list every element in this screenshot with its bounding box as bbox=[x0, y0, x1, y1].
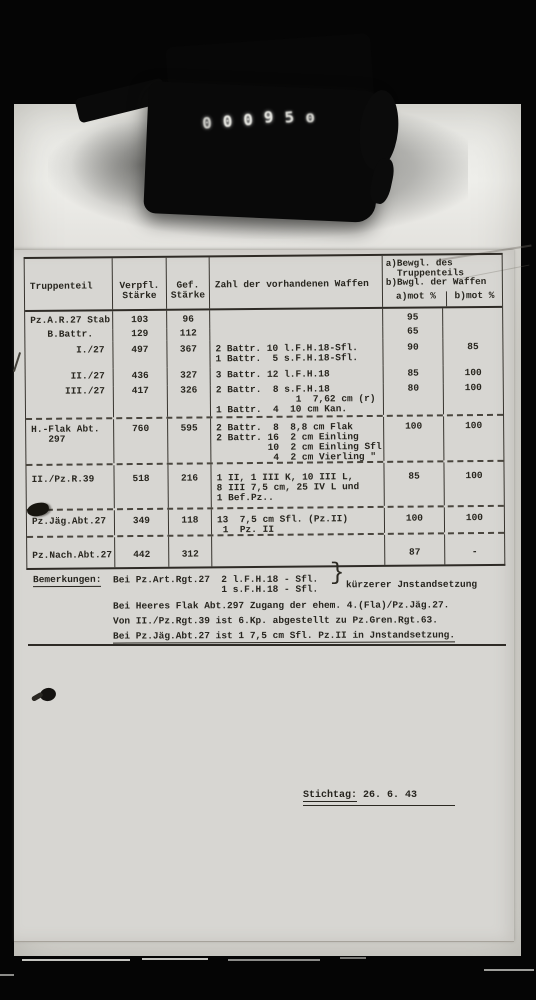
row-verpfl: 442 bbox=[115, 537, 169, 567]
row-unit: Pz.Nach.Abt.27 bbox=[27, 537, 115, 568]
row-bmot: 100 bbox=[444, 416, 503, 461]
remarks-label: Bemerkungen: bbox=[33, 575, 101, 587]
row-waffen: 2 Battr. 8 8,8 cm Flak 2 Battr. 16 2 cm … bbox=[211, 417, 384, 463]
row-waffen: 13 7,5 cm Sfl. (Pz.II) 1 Pz. II bbox=[212, 508, 385, 535]
row-unit: III./27 bbox=[26, 386, 114, 418]
remark-line: Bei Heeres Flak Abt.297 Zugang der ehem.… bbox=[113, 600, 449, 611]
film-speckle bbox=[22, 959, 130, 961]
row-gef: 216 bbox=[168, 464, 211, 507]
col-header-a-mot: a)mot % bbox=[386, 291, 447, 307]
row-gef: 327 bbox=[168, 367, 211, 385]
film-speckle bbox=[228, 959, 320, 961]
row-bmot: 100 bbox=[445, 507, 504, 533]
film-speckle bbox=[484, 969, 534, 971]
col-header-waffen: Zahl der vorhandenen Waffen bbox=[210, 256, 383, 309]
row-bmot: 85 bbox=[443, 338, 502, 366]
counter-digit: 5 bbox=[284, 107, 306, 127]
col-header-mot-row: a)mot % b)mot % bbox=[386, 291, 502, 307]
horizontal-rule bbox=[28, 644, 506, 646]
counter-digit: 0 bbox=[305, 109, 327, 125]
row-unit: H.-Flak Abt. 297 bbox=[26, 419, 114, 464]
remark-brace-note: kürzerer Jnstandsetzung bbox=[346, 580, 477, 590]
row-amot: 95 bbox=[383, 308, 443, 327]
remark-line: Von II./Pz.Rgt.39 ist 6.Kp. abgestellt z… bbox=[113, 615, 438, 626]
row-verpfl: 518 bbox=[114, 465, 168, 508]
table-header-row: Truppenteil Verpfl. Stärke Gef. Stärke Z… bbox=[25, 255, 502, 312]
row-waffen: 2 Battr. 8 s.F.H.18 1 7,62 cm (r) 1 Batt… bbox=[211, 384, 384, 417]
row-amot: 65 bbox=[383, 326, 443, 339]
film-speckle bbox=[142, 958, 208, 960]
row-amot: 100 bbox=[385, 507, 445, 533]
row-amot: 85 bbox=[384, 365, 444, 384]
col-header-b-mot: b)mot % bbox=[447, 291, 502, 306]
row-amot: 100 bbox=[384, 416, 444, 461]
row-amot: 85 bbox=[384, 462, 444, 506]
film-counter-device bbox=[143, 81, 381, 223]
row-gef: 326 bbox=[168, 385, 211, 416]
row-gef: 112 bbox=[167, 328, 210, 340]
table-row: III./27 417 326 2 Battr. 8 s.F.H.18 1 7,… bbox=[26, 383, 503, 418]
row-bmot: 100 bbox=[444, 365, 503, 384]
strength-table: Truppenteil Verpfl. Stärke Gef. Stärke Z… bbox=[24, 253, 506, 570]
table-row: Pz.Nach.Abt.27 442 312 87 - bbox=[27, 534, 504, 568]
stichtag-line: Stichtag: 26. 6. 43 bbox=[303, 790, 455, 806]
table-row: Pz.Jäg.Abt.27 349 118 13 7,5 cm Sfl. (Pz… bbox=[27, 507, 504, 538]
row-verpfl: 129 bbox=[113, 329, 167, 341]
row-gef: 96 bbox=[167, 310, 210, 328]
table-row: H.-Flak Abt. 297 760 595 2 Battr. 8 8,8 … bbox=[26, 416, 503, 466]
col-header-truppenteil: Truppenteil bbox=[25, 258, 113, 310]
row-waffen: 2 Battr. 10 l.F.H.18-Sfl. 1 Battr. 5 s.F… bbox=[210, 339, 383, 368]
col-header-beweglichkeit: a)Bewgl. des Truppenteils b)Bwgl. der Wa… bbox=[383, 255, 502, 307]
row-waffen bbox=[210, 309, 383, 329]
counter-digit: 9 bbox=[263, 106, 285, 127]
col-header-gef-staerke: Gef. Stärke bbox=[167, 257, 210, 308]
row-gef: 118 bbox=[169, 509, 212, 534]
stichtag-value: 26. 6. 43 bbox=[357, 790, 417, 801]
row-amot: 90 bbox=[383, 338, 443, 366]
row-amot: 80 bbox=[384, 383, 444, 415]
row-waffen: 3 Battr. 12 l.F.H.18 bbox=[211, 366, 384, 386]
row-unit: I./27 bbox=[25, 341, 113, 369]
table-row: II./Pz.R.39 518 216 1 II, 1 III K, 10 II… bbox=[26, 462, 503, 511]
row-gef: 367 bbox=[167, 340, 210, 367]
stichtag-label: Stichtag: bbox=[303, 790, 357, 802]
col-header-bewgl-text: a)Bewgl. des Truppenteils b)Bwgl. der Wa… bbox=[386, 258, 502, 292]
curly-brace-glyph: } bbox=[330, 569, 344, 579]
row-unit: B.Battr. bbox=[25, 329, 113, 342]
row-bmot: - bbox=[445, 534, 504, 565]
counter-digit: 0 bbox=[201, 112, 223, 133]
row-bmot: 100 bbox=[444, 462, 503, 506]
row-verpfl: 497 bbox=[113, 341, 167, 368]
film-speckle bbox=[340, 957, 366, 959]
remark-line: Bei Pz.Jäg.Abt.27 ist 1 7,5 cm Sfl. Pz.I… bbox=[113, 630, 455, 643]
table-row: I./27 497 367 2 Battr. 10 l.F.H.18-Sfl. … bbox=[25, 338, 502, 369]
row-verpfl: 760 bbox=[114, 419, 168, 463]
table-section-pz-ar-27: Pz.A.R.27 Stab 103 96 95 B.Battr. 129 11… bbox=[25, 308, 503, 420]
row-bmot: 100 bbox=[444, 383, 503, 415]
row-verpfl: 417 bbox=[114, 386, 168, 417]
row-unit: Pz.A.R.27 Stab bbox=[25, 311, 113, 330]
col-header-verpfl-staerke: Verpfl. Stärke bbox=[113, 258, 167, 309]
row-bmot bbox=[443, 326, 502, 339]
row-verpfl: 436 bbox=[114, 368, 168, 386]
row-amot: 87 bbox=[385, 534, 445, 565]
remark-line: Bei Pz.Art.Rgt.27 2 l.F.H.18 - Sfl. 1 s.… bbox=[113, 575, 318, 596]
row-gef: 312 bbox=[169, 536, 212, 566]
counter-digit: 0 bbox=[222, 111, 244, 132]
row-unit: II./27 bbox=[26, 368, 114, 387]
row-verpfl: 103 bbox=[113, 311, 167, 329]
row-verpfl: 349 bbox=[115, 510, 169, 535]
row-waffen bbox=[212, 535, 385, 567]
row-waffen: 1 II, 1 III K, 10 III L, 8 III 7,5 cm, 2… bbox=[211, 463, 384, 508]
row-bmot bbox=[443, 308, 502, 327]
row-gef: 595 bbox=[168, 418, 211, 462]
counter-digit: 0 bbox=[243, 109, 265, 130]
film-speckle bbox=[0, 974, 14, 976]
